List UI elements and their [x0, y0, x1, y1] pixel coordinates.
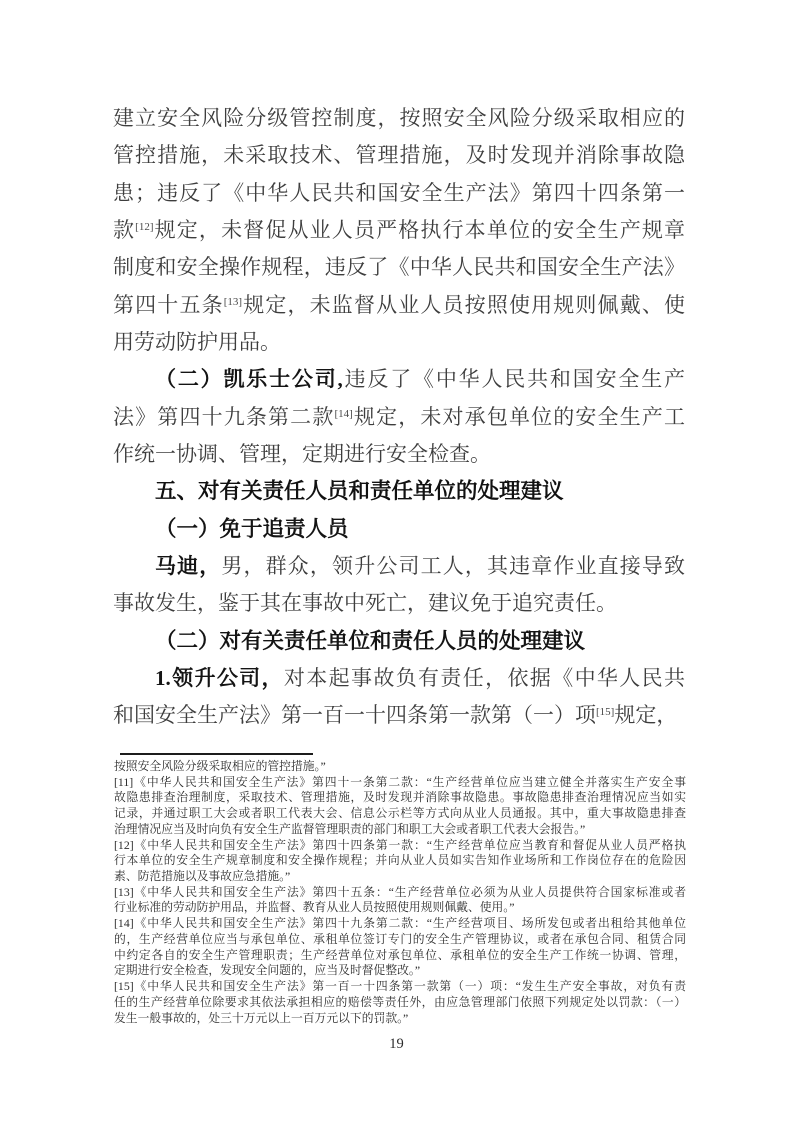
company-name-lead: 1.领升公司， [155, 666, 284, 690]
body-line: 事故发生，鉴于其在事故中死亡，建议免于追究责任。 [113, 585, 685, 622]
section-heading: 五、对有关责任人员和责任单位的处理建议 [113, 473, 685, 510]
page-number: 19 [0, 1036, 793, 1053]
footnote-line: [11]《中华人民共和国安全生产法》第四十一条第二款：“生产经营单位应当建立健全… [114, 775, 686, 791]
footnote-line: 中约定各自的安全生产管理职责；生产经营单位对承包单位、承租单位的安全生产工作统一… [114, 948, 686, 964]
body-text-segment: 男，群众，领升公司工人，其违章作业直接导致 [221, 554, 685, 578]
body-line: 和国安全生产法》第一百一十四条第一款第（一）项[15]规定， [113, 697, 685, 734]
body-text-segment: 规定，未对承包单位的安全生产工 [353, 405, 685, 429]
body-text-segment: 规定，未督促从业人员严格执行本单位的安全生产规章 [153, 218, 685, 242]
footnote-line: 发生一般事故的，处三十万元以上一百万元以下的罚款。” [114, 1011, 686, 1027]
subsection-heading: （二）对有关责任单位和责任人员的处理建议 [113, 623, 685, 660]
footnote-line: [15]《中华人民共和国安全生产法》第一百一十四条第一款第（一）项：“发生生产安… [114, 979, 686, 995]
document-page: 建立安全风险分级管控制度，按照安全风险分级采取相应的 管控措施，未采取技术、管理… [0, 0, 793, 1122]
body-text-segment: 规定，未监督从业人员按照使用规则佩戴、使 [242, 293, 685, 317]
footnote-line: 行本单位的安全生产规章制度和安全操作规程；并向从业人员如实告知作业场所和工作岗位… [114, 853, 686, 869]
body-line: 法》第四十九条第二款[14]规定，未对承包单位的安全生产工 [113, 399, 685, 436]
footnote-ref-15: [15] [596, 706, 614, 718]
body-text-segment: 规定， [614, 703, 677, 727]
body-line: 作统一协调、管理，定期进行安全检查。 [113, 436, 685, 473]
body-line: 管控措施，未采取技术、管理措施，及时发现并消除事故隐 [113, 137, 685, 174]
body-line: 用劳动防护用品。 [113, 324, 685, 361]
footnotes: 按照安全风险分级采取相应的管控措施。” [11]《中华人民共和国安全生产法》第四… [114, 759, 686, 1026]
footnote-line: 治理情况应当及时向负有安全生产监督管理职责的部门和职工大会或者职工代表大会报告。… [114, 822, 686, 838]
footnote-line: 的，生产经营单位应当与承包单位、承租单位签订专门的安全生产管理协议，或者在承包合… [114, 932, 686, 948]
footnote-line: [14]《中华人民共和国安全生产法》第四十九条第二款：“生产经营项目、场所发包或… [114, 916, 686, 932]
body-text-segment: 对本起事故负有责任，依据《中华人民共 [284, 666, 685, 690]
footnote-line: 按照安全风险分级采取相应的管控措施。” [114, 759, 686, 775]
footnote-ref-12: [12] [135, 221, 153, 233]
footnote-line: [12]《中华人民共和国安全生产法》第四十四条第一款：“生产经营单位应当教育和督… [114, 838, 686, 854]
person-name-lead: 马迪， [155, 554, 221, 578]
body-line: 马迪，男，群众，领升公司工人，其违章作业直接导致 [113, 548, 685, 585]
footnote-ref-14: [14] [334, 408, 352, 420]
body-line: 1.领升公司，对本起事故负有责任，依据《中华人民共 [113, 660, 685, 697]
body-line: 建立安全风险分级管控制度，按照安全风险分级采取相应的 [113, 100, 685, 137]
subsection-heading: （一）免于追责人员 [113, 511, 685, 548]
footnote-line: 任的生产经营单位除要求其依法承担相应的赔偿等责任外，由应急管理部门依照下列规定处… [114, 995, 686, 1011]
body-line: 患；违反了《中华人民共和国安全生产法》第四十四条第一 [113, 175, 685, 212]
footnote-line: 行业标准的劳动防护用品，并监督、教育从业人员按照使用规则佩戴、使用。” [114, 900, 686, 916]
footnote-ref-13: [13] [224, 296, 242, 308]
footnote-line: 素、防范措施以及事故应急措施。” [114, 869, 686, 885]
footnote-line: 定期进行安全检查，发现安全问题的，应当及时督促整改。” [114, 963, 686, 979]
body-line: （二）凯乐士公司,违反了《中华人民共和国安全生产 [113, 361, 685, 398]
body-line: 第四十五条[13]规定，未监督从业人员按照使用规则佩戴、使 [113, 287, 685, 324]
body-text-segment: 违反了《中华人民共和国安全生产 [343, 367, 685, 391]
body-text-segment: 和国安全生产法》第一百一十四条第一款第（一）项 [113, 703, 596, 727]
body-text-segment: 第四十五条 [113, 293, 224, 317]
footnote-line: [13]《中华人民共和国安全生产法》第四十五条：“生产经营单位必须为从业人员提供… [114, 885, 686, 901]
body-line: 款[12]规定，未督促从业人员严格执行本单位的安全生产规章 [113, 212, 685, 249]
body-line: 制度和安全操作规程，违反了《中华人民共和国安全生产法》 [113, 249, 685, 286]
footnote-line: 记录，并通过职工大会或者职工代表大会、信息公示栏等方式向从业人员通报。其中，重大… [114, 806, 686, 822]
footnote-separator [120, 753, 313, 755]
footnote-line: 故隐患排查治理制度，采取技术、管理措施，及时发现并消除事故隐患。事故隐患排查治理… [114, 790, 686, 806]
company-name-lead: （二）凯乐士公司, [155, 367, 343, 391]
body-text-segment: 法》第四十九条第二款 [113, 405, 334, 429]
body-text-segment: 款 [113, 218, 135, 242]
body-text: 建立安全风险分级管控制度，按照安全风险分级采取相应的 管控措施，未采取技术、管理… [113, 100, 685, 735]
